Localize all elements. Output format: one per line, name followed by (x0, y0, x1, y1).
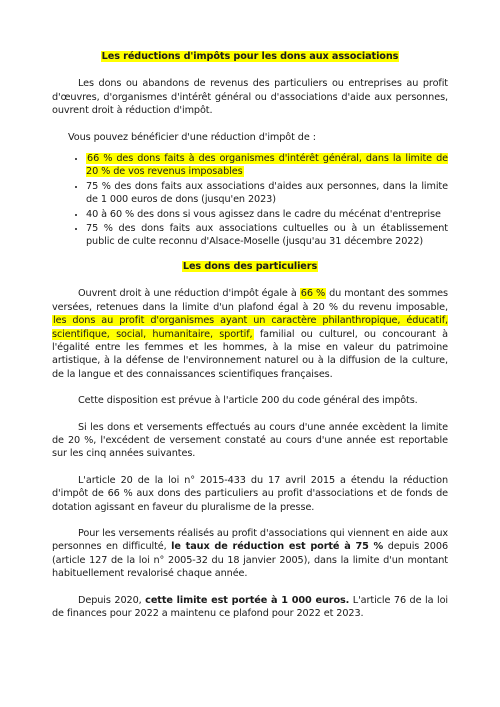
paragraph-people-in-difficulty: Pour les versements réalisés au profit d… (52, 527, 448, 581)
list-item-general-interest: 66 % des dons faits à des organismes d'i… (86, 152, 448, 179)
title-highlight: Les réductions d'impôts pour les dons au… (101, 51, 400, 62)
list-item-aid-associations: 75 % des dons faits aux associations d'a… (86, 180, 448, 207)
paragraph-intro: Les dons ou abandons de revenus des part… (52, 77, 448, 117)
paragraph-limit-1000: Depuis 2020, cette limite est portée à 1… (52, 594, 448, 621)
paragraph-carryover: Si les dons et versements effectués au c… (52, 421, 448, 461)
bold-run-limit: cette limite est portée à 1 000 euros. (145, 595, 349, 606)
bullet-highlight: 66 % des dons faits à des organismes d'i… (86, 153, 448, 177)
document-page: Les réductions d'impôts pour les dons au… (0, 0, 500, 707)
text-run: Ouvrent droit à une réduction d'impôt ég… (78, 288, 300, 299)
text-run: Depuis 2020, (78, 595, 145, 606)
paragraph-eligibility: Ouvrent droit à une réduction d'impôt ég… (52, 287, 448, 381)
paragraph-press-pluralism: L'article 20 de la loi n° 2015-433 du 17… (52, 474, 448, 514)
paragraph-article-200: Cette disposition est prévue à l'article… (52, 394, 448, 407)
list-item-cultual-associations: 75 % des dons faits aux associations cul… (86, 222, 448, 249)
document-title: Les réductions d'impôts pour les dons au… (52, 50, 448, 63)
list-item-corporate-patronage: 40 à 60 % des dons si vous agissez dans … (86, 208, 448, 221)
section-title-highlight: Les dons des particuliers (182, 261, 318, 272)
bold-run-rate-75: le taux de réduction est porté à 75 % (171, 541, 383, 552)
highlight-run-rate: 66 % (300, 288, 326, 299)
paragraph-lead-in: Vous pouvez bénéficier d'une réduction d… (52, 131, 448, 144)
section-title-particuliers: Les dons des particuliers (52, 260, 448, 273)
reduction-rates-list: 66 % des dons faits à des organismes d'i… (52, 152, 448, 249)
